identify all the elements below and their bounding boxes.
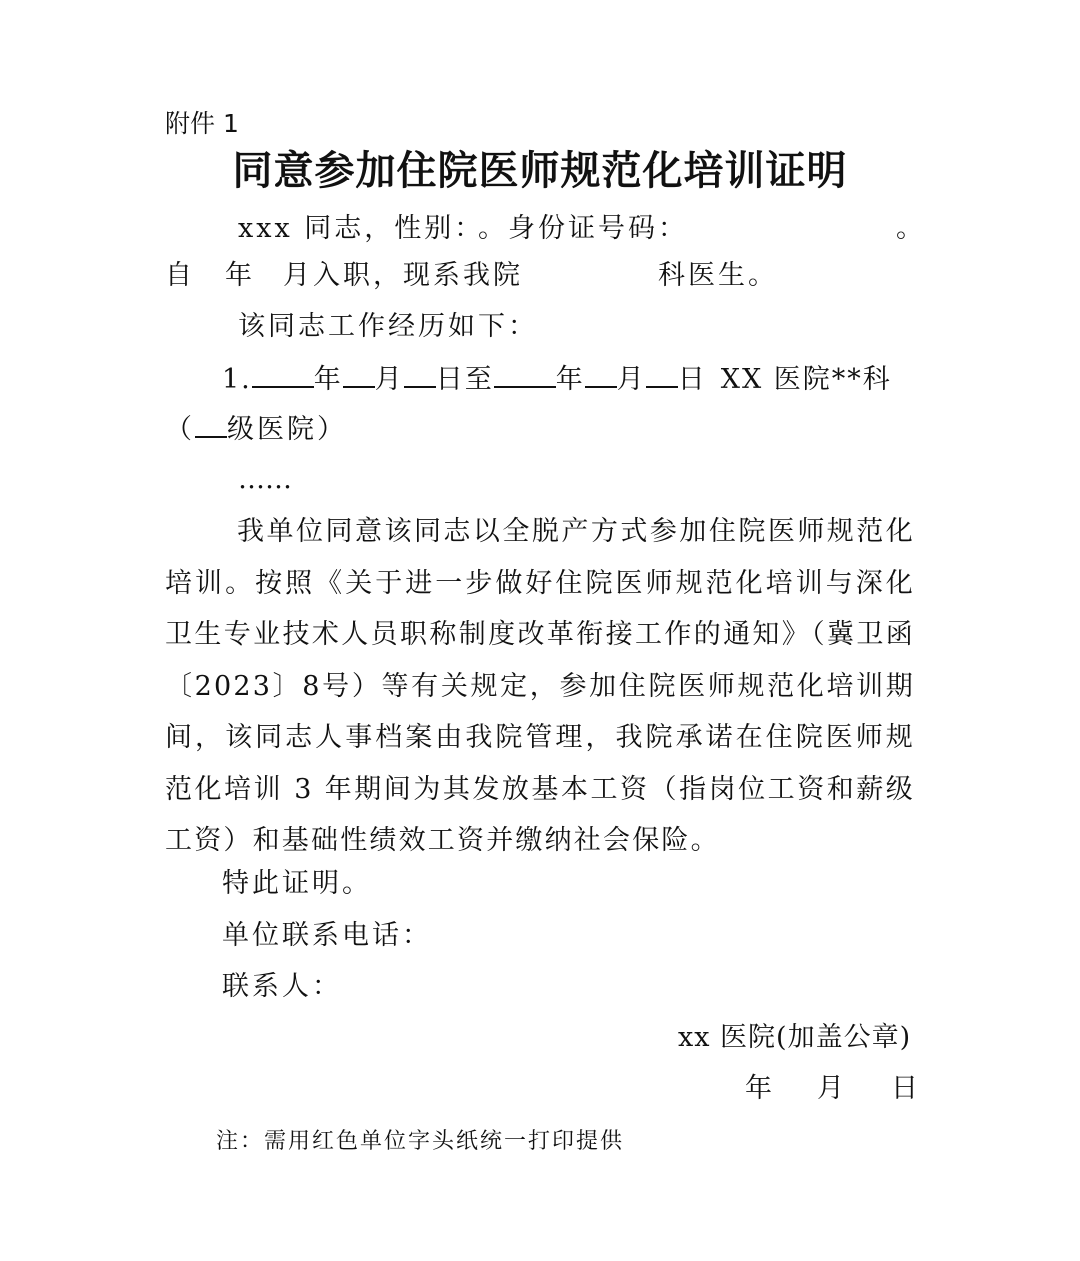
date-year: 年: [745, 1071, 775, 1107]
intro-name-gender: xxx 同志，性别：: [238, 211, 484, 247]
footnote: 注：需用红色单位字头纸统一打印提供: [216, 1124, 624, 1160]
hospital-level-blank: [195, 410, 227, 438]
work-history-heading: 该同志工作经历如下：: [238, 309, 538, 345]
document-page: 附件 1 同意参加住院医师规范化培训证明 xxx 同志，性别： 。身份证号码： …: [0, 0, 1080, 1261]
intro-month-joined: 月入职，现系我院: [283, 258, 523, 294]
hospital-level: （级医院）: [165, 410, 347, 448]
start-year-blank: [252, 360, 314, 388]
ellipsis: ……: [238, 462, 292, 498]
date-day: 日: [891, 1071, 921, 1107]
start-month-label: 月: [375, 364, 404, 395]
end-day-label: 日: [678, 364, 707, 395]
end-year-blank: [494, 360, 556, 388]
end-month-blank: [585, 360, 617, 388]
end-month-label: 月: [617, 364, 646, 395]
item-number: 1.: [222, 364, 252, 395]
start-day-blank: [404, 360, 436, 388]
hospital-department: XX 医院**科: [721, 364, 892, 395]
level-open-paren: （: [165, 414, 195, 445]
contact-phone-label: 单位联系电话：: [222, 918, 432, 954]
work-history-item: 1.年月日至年月日XX 医院**科: [222, 360, 892, 398]
contact-person-label: 联系人：: [222, 969, 342, 1005]
intro-year: 年: [225, 258, 255, 294]
signature-seal: xx 医院(加盖公章): [678, 1020, 911, 1056]
date-month: 月: [817, 1071, 847, 1107]
start-month-blank: [343, 360, 375, 388]
intro-department: 科医生。: [658, 258, 778, 294]
body-paragraph: 我单位同意该同志以全脱产方式参加住院医师规范化培训。按照《关于进一步做好住院医师…: [165, 506, 915, 867]
intro-line-end: 。: [896, 211, 926, 247]
end-day-blank: [646, 360, 678, 388]
start-day-label: 日至: [436, 364, 494, 395]
intro-id-label: 。身份证号码：: [478, 211, 688, 247]
end-year-label: 年: [556, 364, 585, 395]
document-title: 同意参加住院医师规范化培训证明: [0, 146, 1080, 196]
closing-statement: 特此证明。: [222, 866, 372, 902]
attachment-label: 附件 1: [165, 106, 239, 142]
start-year-label: 年: [314, 364, 343, 395]
intro-since: 自: [165, 258, 195, 294]
level-close-label: 级医院）: [227, 414, 347, 445]
